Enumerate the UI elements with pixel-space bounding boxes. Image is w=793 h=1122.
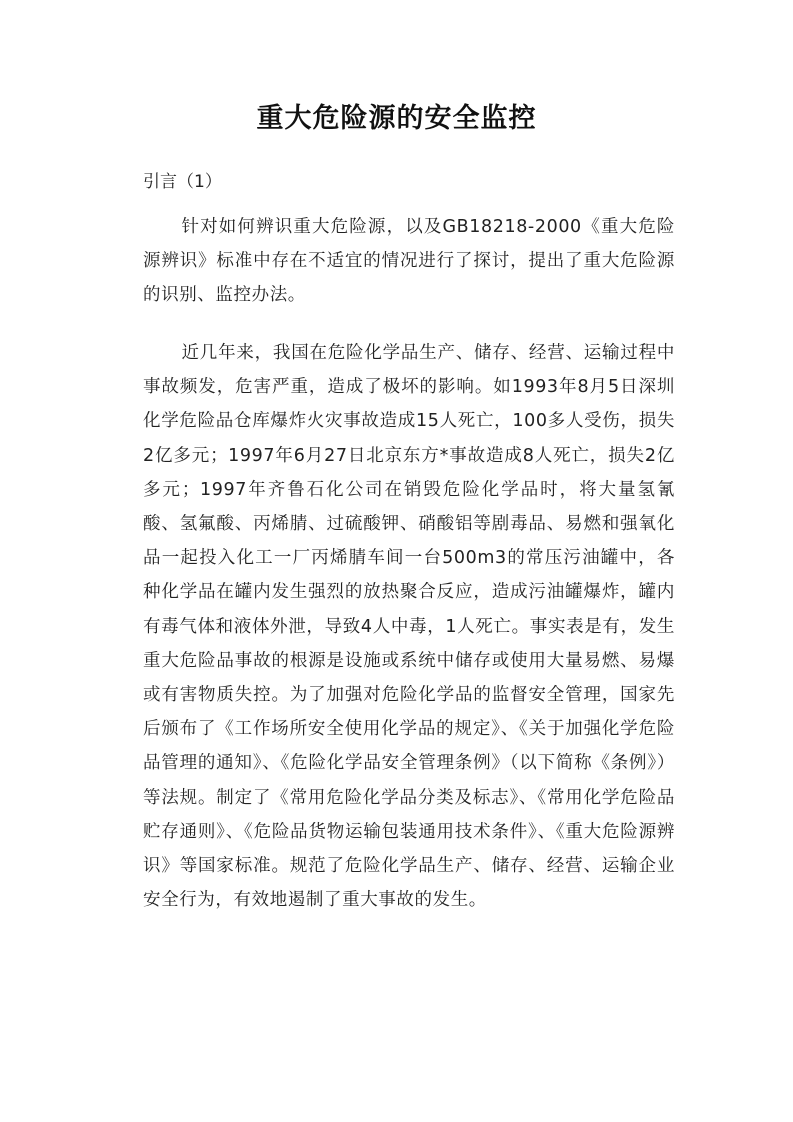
page-title: 重大危险源的安全监控 — [0, 96, 793, 135]
paragraph-intro: 针对如何辨识重大危险源，以及GB18218-2000《重大危险源辨识》标准中存在… — [143, 210, 675, 313]
document-page: 重大危险源的安全监控 引言（1） 针对如何辨识重大危险源，以及GB18218-2… — [0, 0, 793, 1122]
paragraph-text: 针对如何辨识重大危险源，以及GB18218-2000《重大危险源辨识》标准中存在… — [143, 210, 675, 313]
section-heading: 引言（1） — [143, 167, 222, 192]
paragraph-background: 近几年来，我国在危险化学品生产、储存、经营、运输过程中事故频发，危害严重，造成了… — [143, 336, 675, 917]
paragraph-text: 近几年来，我国在危险化学品生产、储存、经营、运输过程中事故频发，危害严重，造成了… — [143, 336, 675, 917]
